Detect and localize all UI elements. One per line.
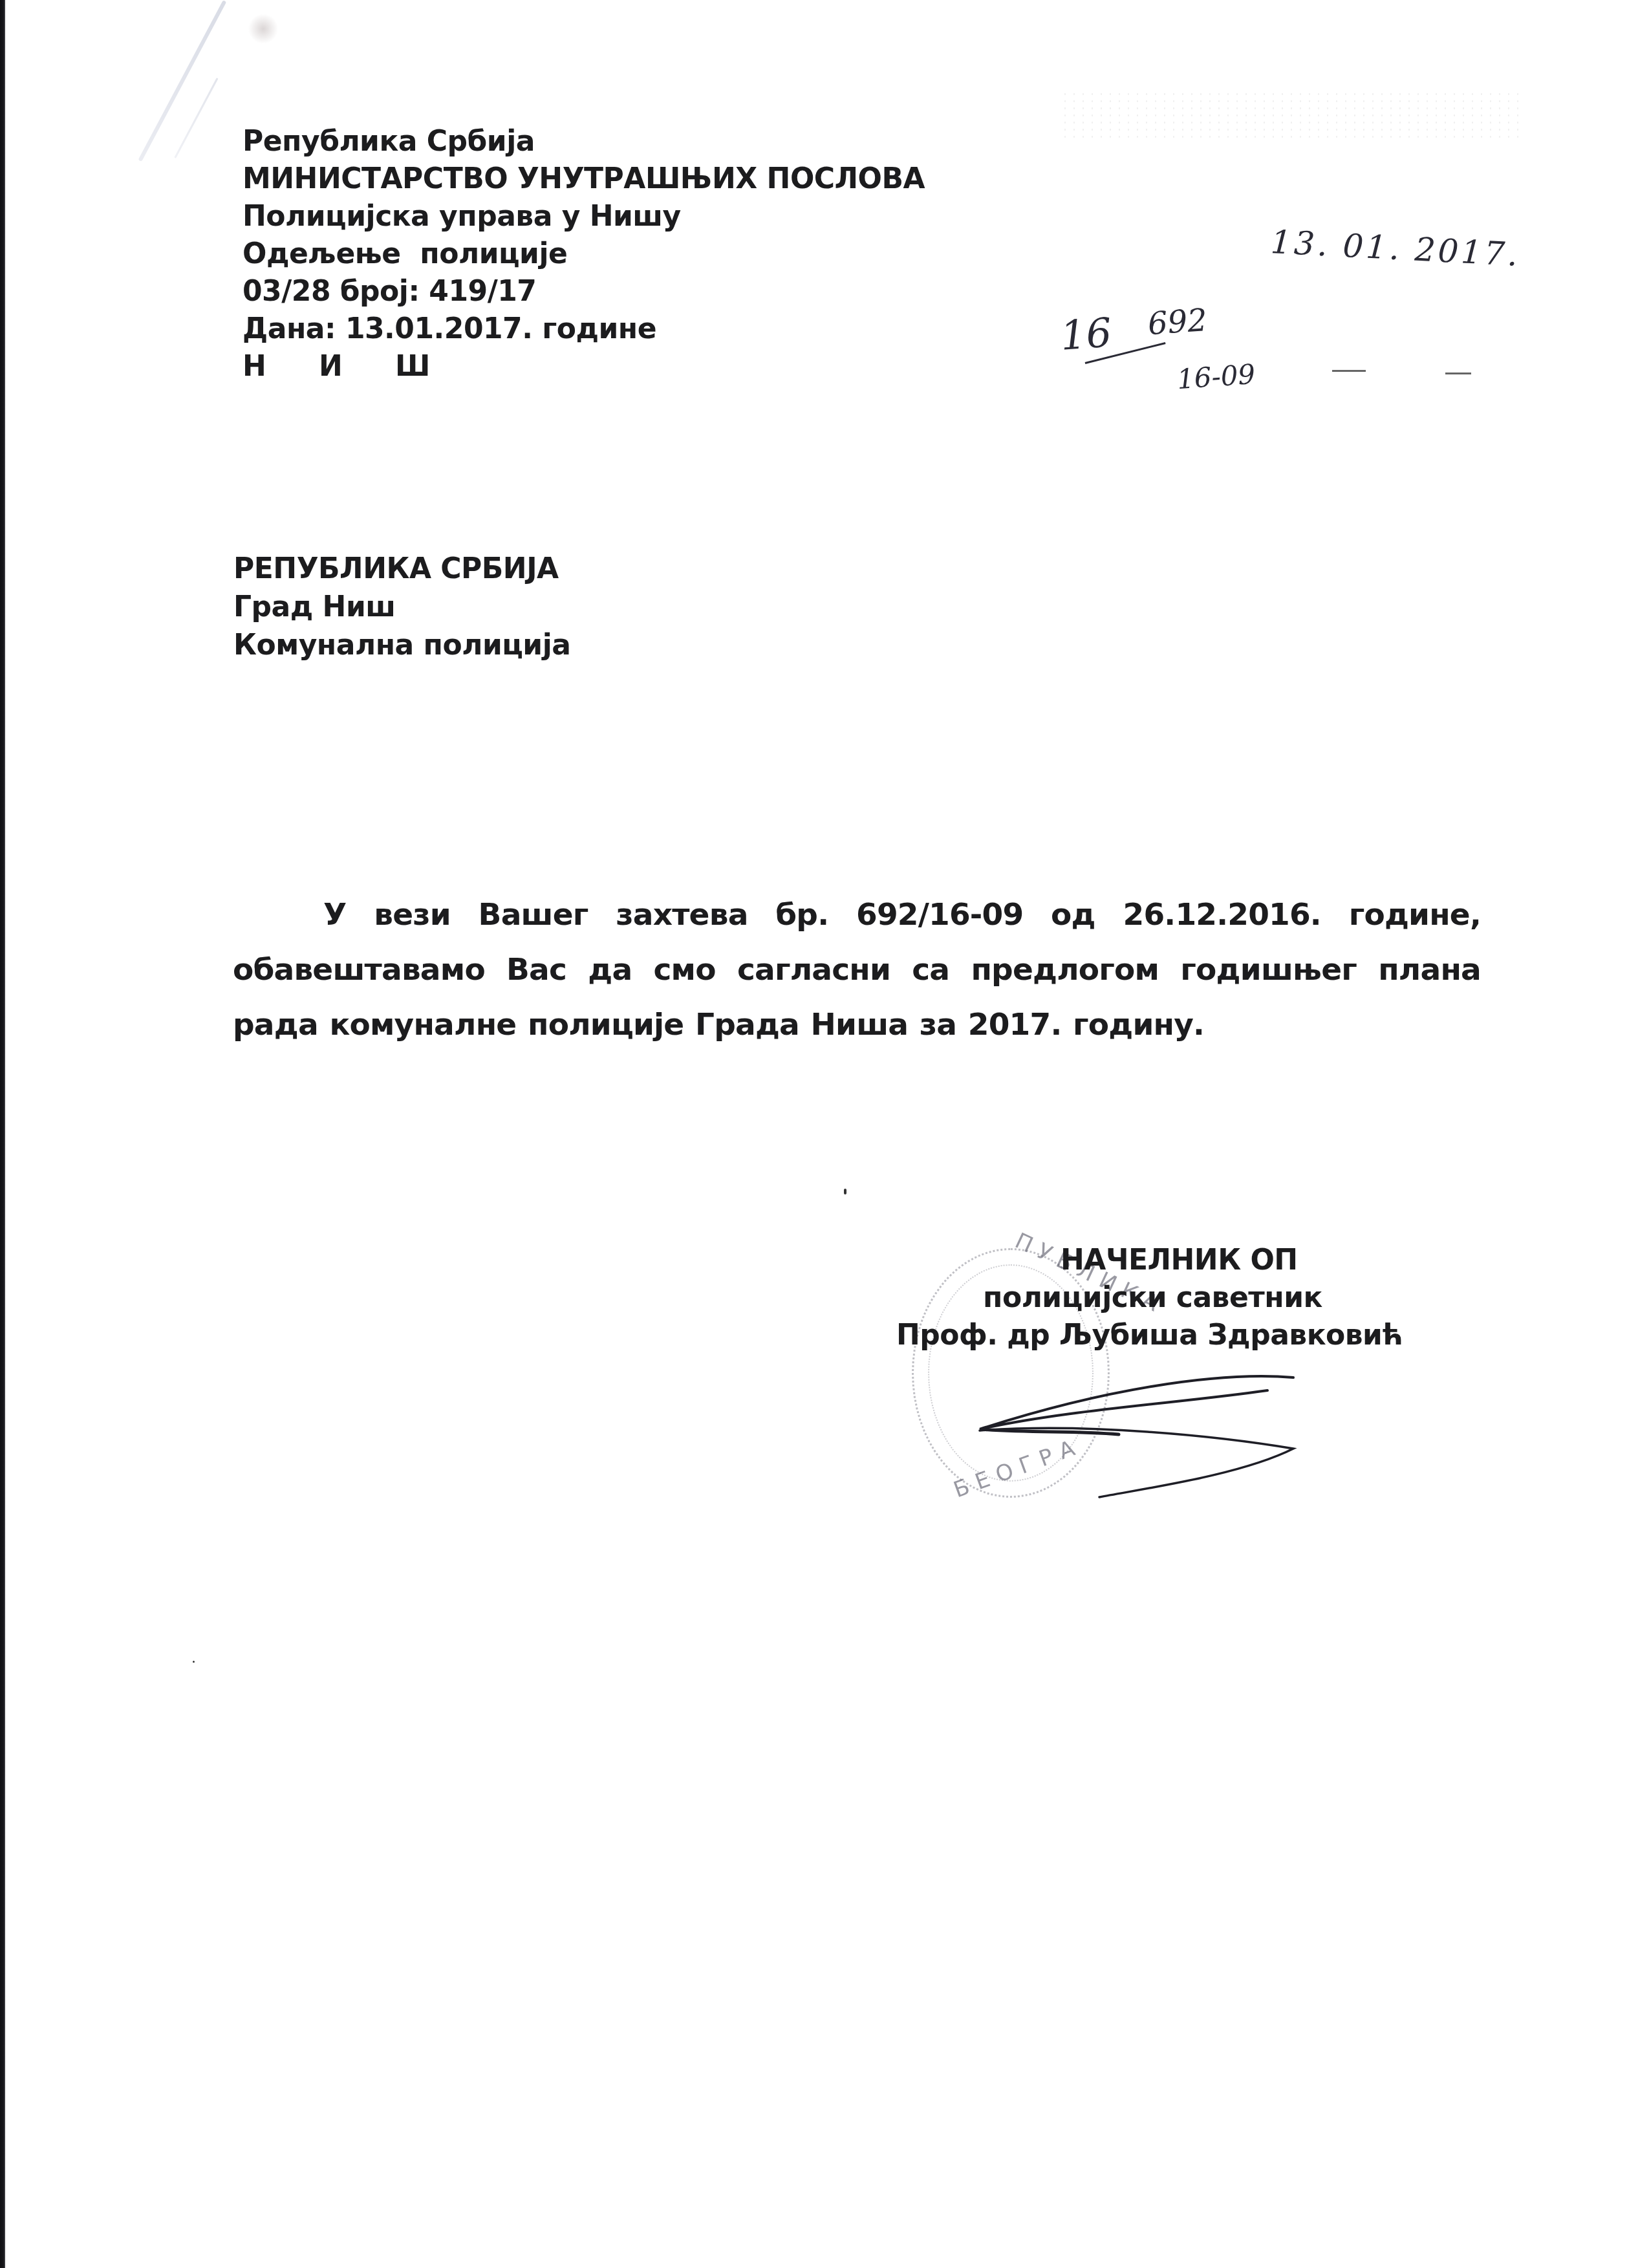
- sender-city: НИШ: [242, 348, 925, 385]
- handwritten-signature: [905, 1352, 1319, 1500]
- handwritten-ref-prefix: 16: [1059, 308, 1114, 359]
- letter-body: У вези Вашег захтева бр. 692/16-09 од 26…: [233, 887, 1481, 1052]
- scan-speck: [844, 1189, 846, 1194]
- sender-header: Република Србија МИНИСТАРСТВО УНУТРАШЊИХ…: [242, 123, 925, 385]
- recipient-unit: Комунална полиција: [233, 626, 570, 664]
- blank-field-dash: [1445, 373, 1471, 374]
- blank-field-dash: [1332, 370, 1366, 372]
- scan-speck: [193, 1661, 195, 1663]
- handwritten-ref-suffix: 16-09: [1176, 358, 1256, 395]
- signatory-rank: полицијски саветник: [873, 1279, 1455, 1317]
- ink-smudge: [248, 14, 279, 43]
- document-number: 03/28 број: 419/17: [242, 273, 925, 310]
- pen-mark: [138, 0, 227, 162]
- sender-department: Полицијска управа у Нишу: [242, 198, 925, 235]
- city-letter: И: [319, 348, 395, 385]
- handwritten-ref-number: 692: [1147, 302, 1208, 342]
- recipient-country: РЕПУБЛИКА СРБИЈА: [233, 550, 570, 588]
- sender-division: Одељење полиције: [242, 235, 925, 273]
- sender-country: Република Србија: [242, 123, 925, 160]
- signatory-title: НАЧЕЛНИК ОП: [873, 1242, 1455, 1279]
- faded-receipt-stamp: [1061, 91, 1526, 142]
- signatory-name: Проф. др Љубиша Здравковић: [873, 1317, 1455, 1354]
- pen-mark: [174, 78, 218, 158]
- scan-border: [0, 0, 5, 2268]
- handwritten-received-date: 13. 01. 2017.: [1270, 223, 1521, 274]
- signature-block: НАЧЕЛНИК ОП полицијски саветник Проф. др…: [873, 1242, 1455, 1354]
- recipient-city: Град Ниш: [233, 588, 570, 626]
- recipient-address: РЕПУБЛИКА СРБИЈА Град Ниш Комунална поли…: [233, 550, 570, 664]
- city-letter: Н: [242, 348, 319, 385]
- document-date: Дана: 13.01.2017. године: [242, 310, 925, 348]
- sender-ministry: МИНИСТАРСТВО УНУТРАШЊИХ ПОСЛОВА: [242, 160, 925, 198]
- city-letter: Ш: [395, 348, 471, 385]
